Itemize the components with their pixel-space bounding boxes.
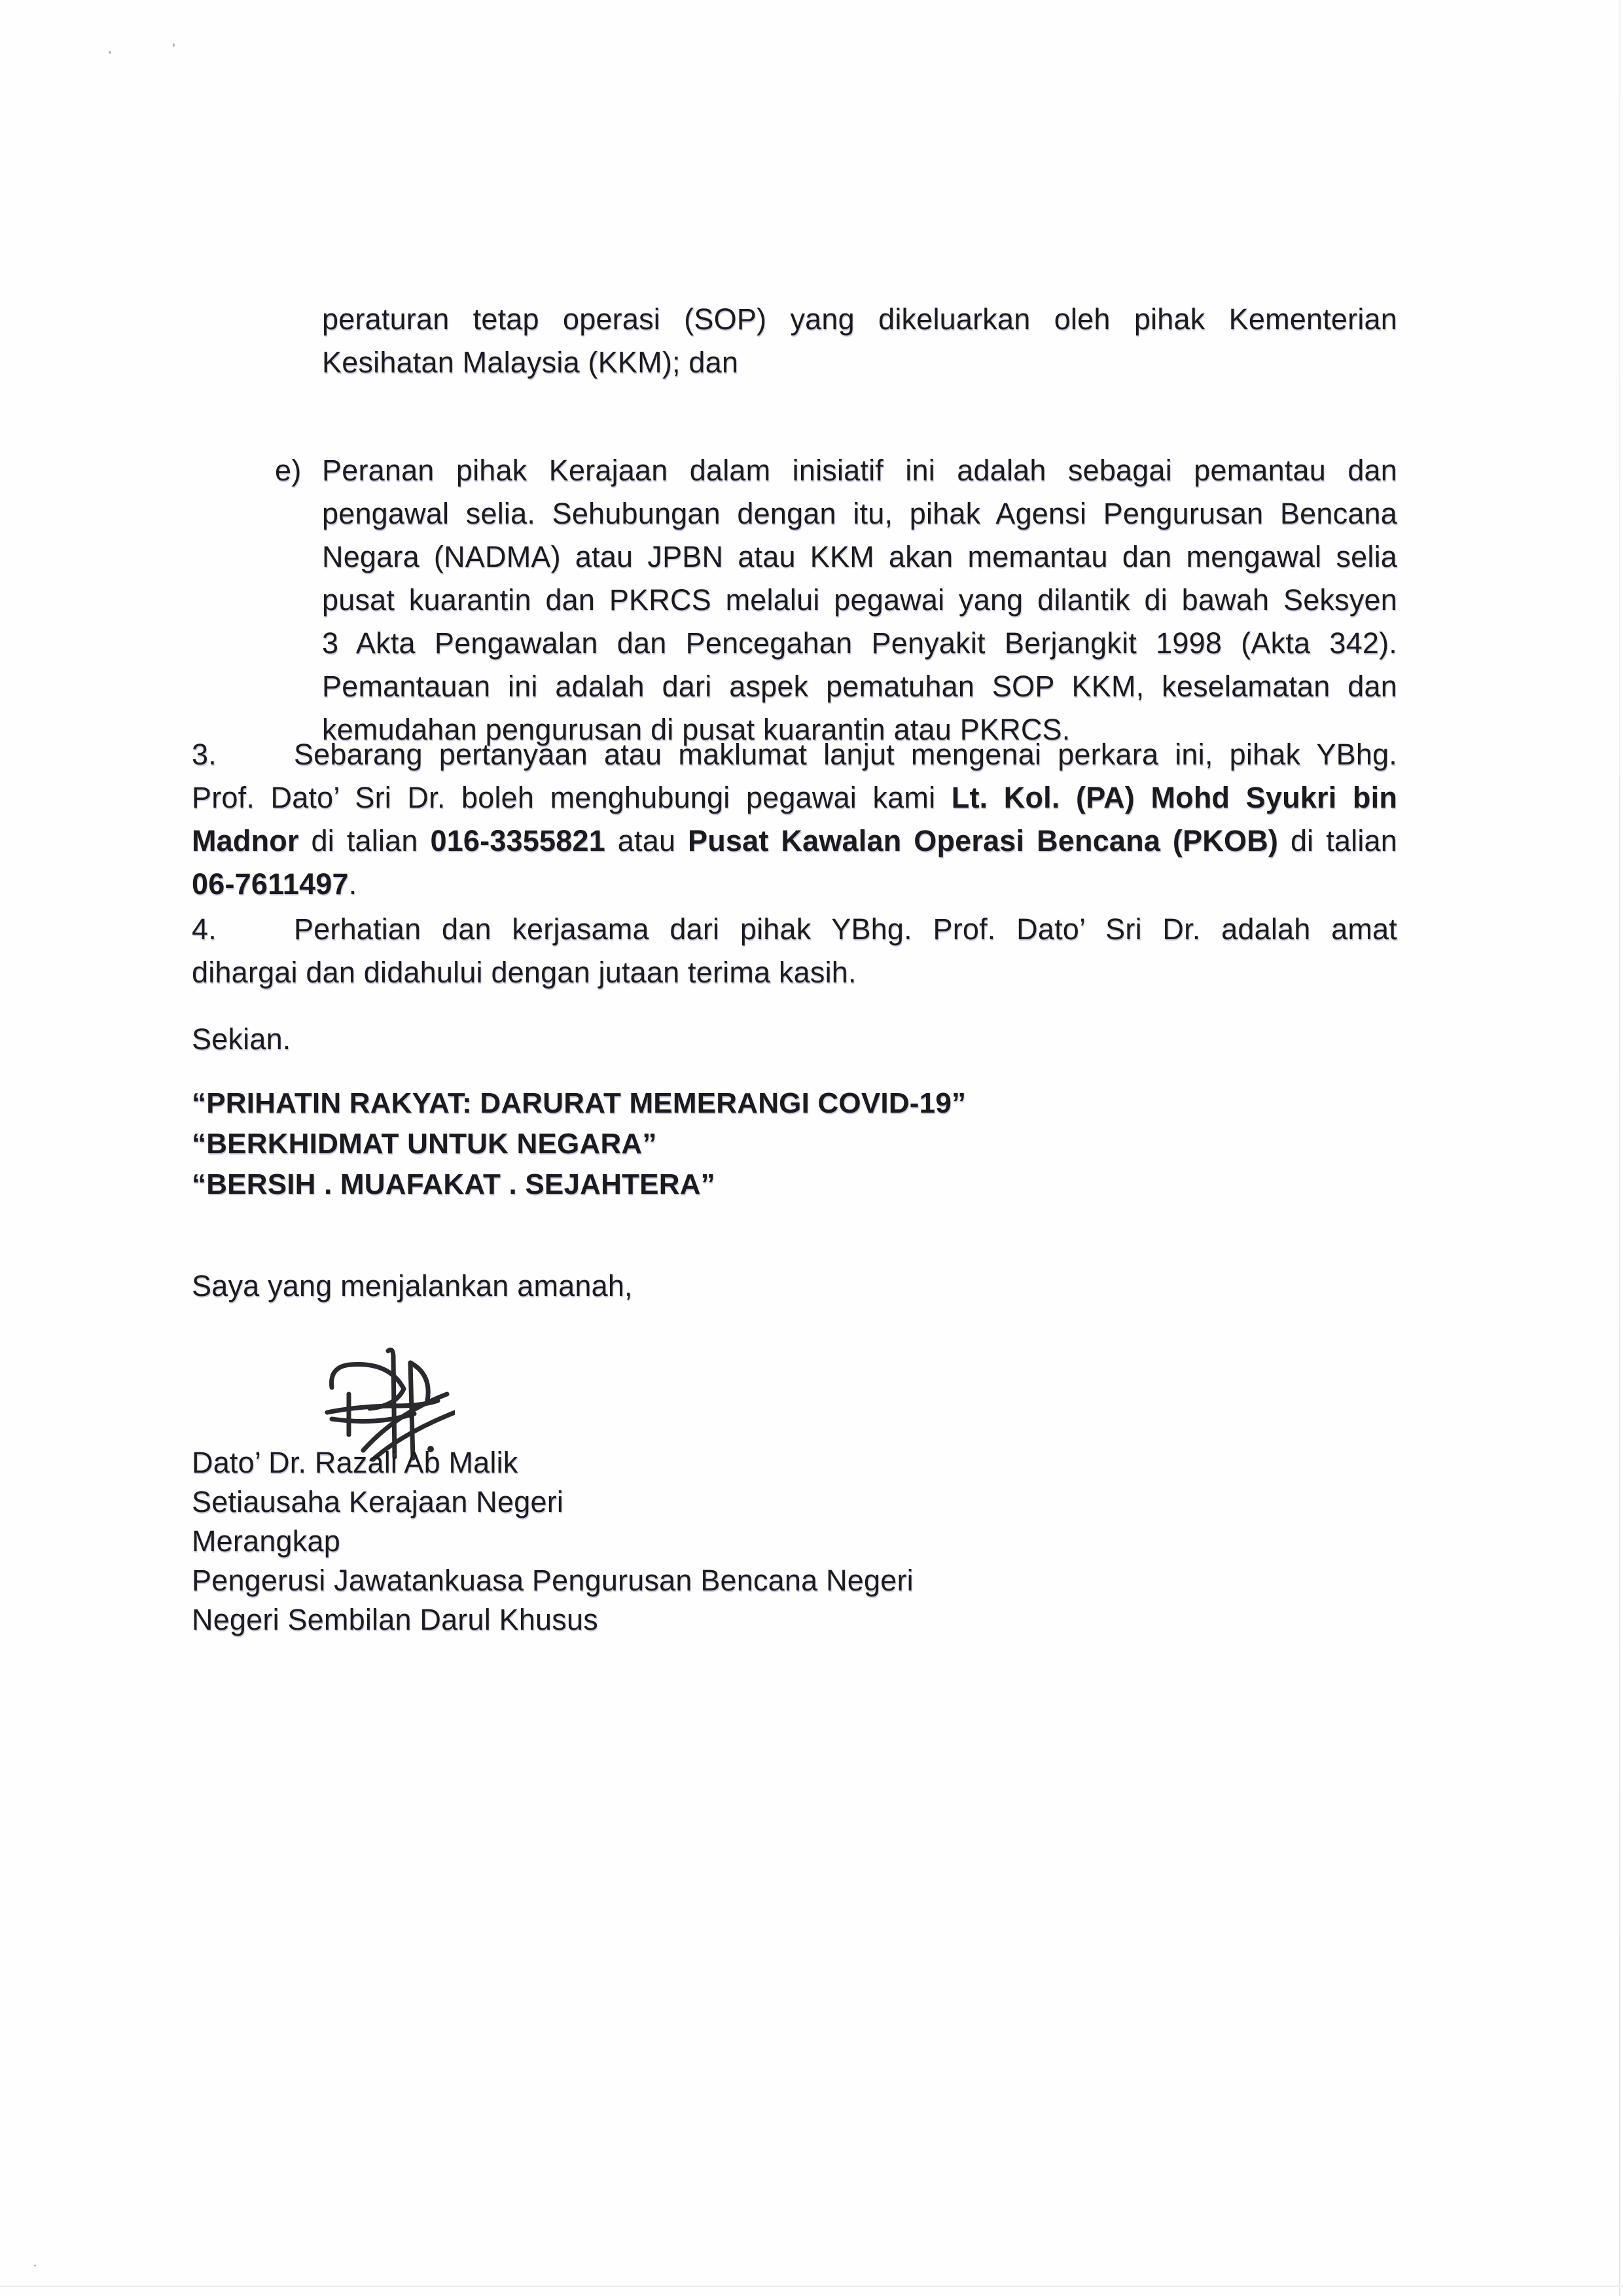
paragraph-text: di talian xyxy=(299,824,431,857)
contact-officer-name: Lt. Kol. (PA) Mohd Syukri bin xyxy=(952,781,1397,814)
text-line: Pemantauan ini adalah dari aspek pematuh… xyxy=(322,665,1397,708)
scan-speck xyxy=(173,43,175,47)
signoff-text: Saya yang menjalankan amanah, xyxy=(192,1265,633,1308)
paragraph-text: Sebarang pertanyaan atau maklumat lanjut… xyxy=(294,738,1397,771)
signer-title: Negeri Sembilan Darul Khusus xyxy=(192,1600,914,1640)
text-line: 06-7611497. xyxy=(192,863,1397,906)
signer-block: Dato’ Dr. Razali Ab Malik Setiausaha Ker… xyxy=(192,1443,914,1640)
signer-title: Pengerusi Jawatankuasa Pengurusan Bencan… xyxy=(192,1561,914,1600)
list-item-e: Peranan pihak Kerajaan dalam inisiatif i… xyxy=(322,449,1397,751)
text-line: Prof. Dato’ Sri Dr. boleh menghubungi pe… xyxy=(192,776,1397,819)
text-line: Negara (NADMA) atau JPBN atau KKM akan m… xyxy=(322,535,1397,579)
contact-officer-phone: 016-3355821 xyxy=(430,824,605,857)
list-item-label: e) xyxy=(275,449,301,492)
continuation-paragraph: peraturan tetap operasi (SOP) yang dikel… xyxy=(322,298,1397,384)
paragraph-4: 4.Perhatian dan kerjasama dari pihak YBh… xyxy=(192,908,1397,994)
paragraph-number: 4. xyxy=(192,912,217,946)
paragraph-text: atau xyxy=(605,824,688,857)
slogans: “PRIHATIN RAKYAT: DARURAT MEMERANGI COVI… xyxy=(192,1083,966,1205)
paragraph-3: 3.Sebarang pertanyaan atau maklumat lanj… xyxy=(192,733,1397,906)
text-line: Madnor di talian 016-3355821 atau Pusat … xyxy=(192,819,1397,863)
paragraph-text: . xyxy=(349,867,357,901)
signer-name: Dato’ Dr. Razali Ab Malik xyxy=(192,1443,914,1482)
scan-speck xyxy=(109,51,111,54)
text-line: dihargai dan didahului dengan jutaan ter… xyxy=(192,951,1397,994)
text-line: Peranan pihak Kerajaan dalam inisiatif i… xyxy=(322,449,1397,492)
closing-text: Sekian. xyxy=(192,1018,291,1061)
slogan: “BERSIH . MUAFAKAT . SEJAHTERA” xyxy=(192,1164,966,1205)
paragraph-text: Perhatian dan kerjasama dari pihak YBhg.… xyxy=(294,912,1397,946)
scan-edge xyxy=(0,2286,1623,2287)
signer-title: Setiausaha Kerajaan Negeri xyxy=(192,1482,914,1522)
scan-speck xyxy=(34,2265,36,2267)
paragraph-text: di talian xyxy=(1278,824,1397,857)
operations-center-name: Pusat Kawalan Operasi Bencana (PKOB) xyxy=(688,824,1278,857)
text-line: 3.Sebarang pertanyaan atau maklumat lanj… xyxy=(192,733,1397,776)
text-line: pengawal selia. Sehubungan dengan itu, p… xyxy=(322,492,1397,535)
text-line: peraturan tetap operasi (SOP) yang dikel… xyxy=(322,298,1397,341)
document-page: peraturan tetap operasi (SOP) yang dikel… xyxy=(0,0,1623,2296)
paragraph-text: Prof. Dato’ Sri Dr. boleh menghubungi pe… xyxy=(192,781,952,814)
text-line: 3 Akta Pengawalan dan Pencegahan Penyaki… xyxy=(322,622,1397,665)
slogan: “BERKHIDMAT UNTUK NEGARA” xyxy=(192,1124,966,1164)
text-line: pusat kuarantin dan PKRCS melalui pegawa… xyxy=(322,579,1397,622)
slogan: “PRIHATIN RAKYAT: DARURAT MEMERANGI COVI… xyxy=(192,1083,966,1124)
text-line: Kesihatan Malaysia (KKM); dan xyxy=(322,341,1397,384)
scan-edge xyxy=(1619,0,1620,2296)
signer-title: Merangkap xyxy=(192,1522,914,1561)
text-line: 4.Perhatian dan kerjasama dari pihak YBh… xyxy=(192,908,1397,951)
contact-officer-name-cont: Madnor xyxy=(192,824,299,857)
paragraph-number: 3. xyxy=(192,738,217,771)
operations-center-phone: 06-7611497 xyxy=(192,867,349,901)
